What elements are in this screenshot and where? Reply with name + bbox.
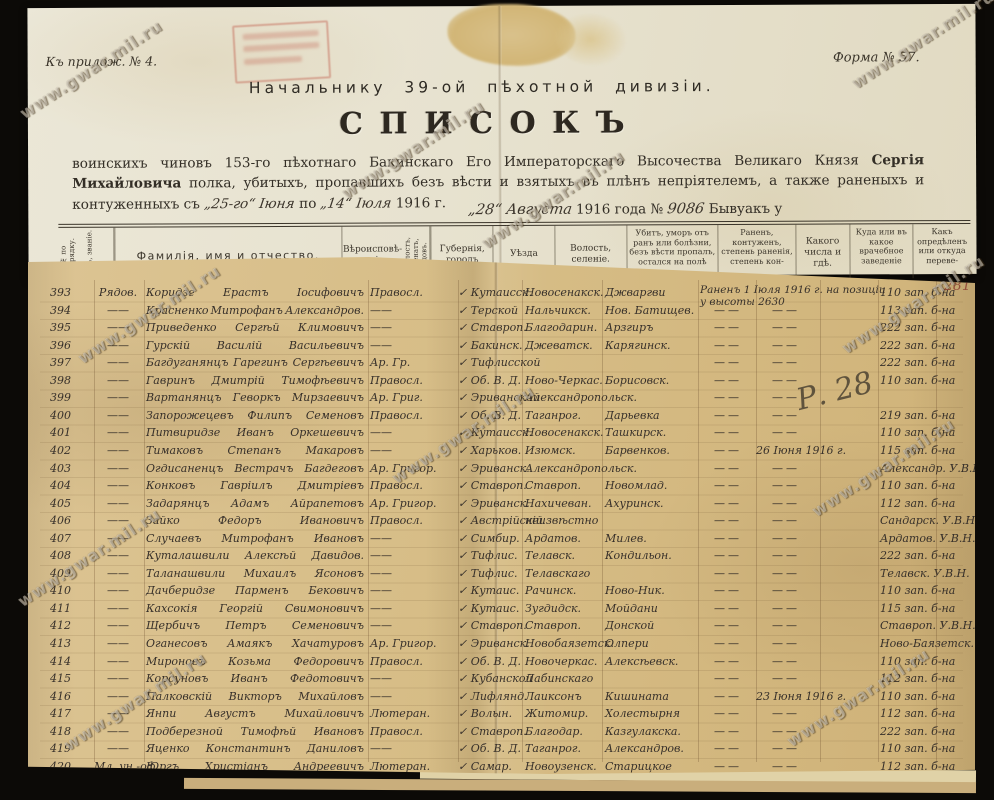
cell-name: ОганесовъАмаякъХачатуровъ: [146, 637, 364, 650]
name-part: Багдеговъ: [304, 462, 364, 475]
column-rule: [698, 280, 699, 762]
name-part: Константинъ: [206, 742, 291, 755]
cell-vol: Борисовск.: [605, 374, 669, 387]
name-part: Михайловичъ: [285, 707, 364, 720]
cell-rel: Ар. Гр.: [370, 356, 456, 369]
archival-scan: Къ прилож. № 4. Форма № 57. Начальнику 3…: [0, 0, 994, 800]
column-rule: [458, 280, 459, 762]
handwritten-from-day: „25-го“: [203, 194, 257, 215]
cell-k: ——: [702, 637, 754, 650]
paper-stain: [555, 13, 625, 65]
name-part: Васильевичъ: [289, 339, 364, 352]
name-part: Василій: [217, 339, 263, 352]
table-row: 417——ЯнпиАвгустъМихайловичъЛютеран.✓ Вол…: [28, 707, 975, 724]
table-row: 416——ПалковскійВикторъМихайловъ——✓ Лифля…: [28, 690, 975, 707]
cell-num: 402: [50, 444, 92, 457]
name-part: Таланашвили: [146, 567, 225, 580]
name-part: Дачберидзе: [146, 584, 215, 597]
cell-num: 405: [50, 497, 92, 510]
name-part: Ивановъ: [314, 725, 364, 738]
name-part: Хачатуровъ: [292, 637, 364, 650]
cell-rel: ——: [370, 339, 456, 352]
name-part: Гавринъ: [146, 374, 195, 387]
cell-rank: ——: [94, 497, 142, 510]
cell-num: 418: [50, 725, 92, 738]
cell-uyezd: Нальчикск.: [525, 304, 591, 317]
cell-k: ——: [702, 304, 754, 317]
column-rule: [368, 280, 369, 762]
name-part: Сергѣевичъ: [293, 356, 364, 369]
cell-rel: Правосл.: [370, 374, 456, 387]
name-part: Тимофѣй: [241, 725, 297, 738]
cell-prov: ✓ Об. В. Д.: [458, 374, 521, 387]
printed-place: Бывуакъ у: [709, 201, 783, 217]
cell-rank: ——: [94, 707, 142, 720]
cell-num: 400: [50, 409, 92, 422]
addressee-line: Начальнику 39-ой пѣхотной дивизіи.: [28, 76, 936, 98]
name-part: Геворкъ: [233, 391, 281, 404]
cell-k: ——: [702, 672, 754, 685]
cell-uyezd: Изюмск.: [525, 444, 576, 457]
cell-rank: ——: [94, 619, 142, 632]
cell-name: ЗадарянцъАдамъАйрапетовъ: [146, 497, 364, 510]
cell-rank: ——: [94, 514, 142, 527]
cell-uyezd: Новосенакск.: [525, 286, 604, 299]
date-line: „28“ Августа 1916 года № 9086 Бывуакъ у: [468, 201, 782, 218]
name-part: Федоровичъ: [293, 655, 364, 668]
handwritten-day: „28“: [467, 202, 503, 218]
cell-name: СлучаевъМитрофанъИвановъ: [146, 532, 364, 545]
name-part: Андреевичъ: [294, 760, 364, 773]
cell-k: ——: [702, 655, 754, 668]
column-header-12: Куда или въ какое врачебное заведеніе: [849, 224, 913, 278]
cell-vol: Дарьевка: [605, 409, 660, 422]
cell-prov: ✓ Кутаис.: [458, 602, 519, 615]
column-header-11: Какого числа и гдѣ.: [795, 224, 849, 278]
cell-rank: ——: [94, 391, 142, 404]
table-row: 409——ТаланашвилиМихаилъЯсоновъ——✓ Тифлис…: [28, 567, 975, 584]
cell-num: 407: [50, 532, 92, 545]
name-part: Адамъ: [231, 497, 269, 510]
table-row: 405——ЗадарянцъАдамъАйрапетовъАр. Григор.…: [28, 497, 975, 514]
cell-k: ——: [702, 479, 754, 492]
cell-prov: ✓ Терской: [458, 304, 518, 317]
table-row: 393Рядов.КоридзеЕрастъІосифовичъПравосл.…: [28, 286, 975, 303]
cell-uyezd: Телавск.: [525, 549, 575, 562]
name-part: Приведенко: [146, 321, 217, 334]
cell-num: 417: [50, 707, 92, 720]
cell-w: ——: [758, 567, 814, 580]
cell-rel: ——: [370, 619, 456, 632]
table-row: 395——ПриведенкоСергѣйКлимовичъ——✓ Ставро…: [28, 321, 975, 338]
cell-k: ——: [702, 549, 754, 562]
cell-rank: ——: [94, 567, 142, 580]
cell-rel: ——: [370, 584, 456, 597]
name-part: Зайко: [146, 514, 180, 527]
name-part: Кахсокія: [146, 602, 197, 615]
name-part: Вестрачъ: [234, 462, 293, 475]
name-part: Свимоновичъ: [285, 602, 364, 615]
cell-k: ——: [702, 619, 754, 632]
cell-num: 409: [50, 567, 92, 580]
cell-num: 413: [50, 637, 92, 650]
cell-name: ГавринъДмитрійТимофѣевичъ: [146, 374, 364, 387]
cell-prov: ✓ Ставроп.: [458, 619, 527, 632]
cell-k: ——: [702, 584, 754, 597]
cell-w: ——: [758, 584, 814, 597]
cell-rank: ——: [94, 637, 142, 650]
cell-num: 410: [50, 584, 92, 597]
lower-page: 281 Р. 28 Раненъ 1 Іюля 1916 г. на позиц…: [28, 256, 975, 774]
table-row: 402——ТимаковъСтепанъМакаровъ——✓ Харьков.…: [28, 444, 975, 461]
name-part: Петръ: [226, 619, 267, 632]
cell-rel: ——: [370, 321, 456, 334]
cell-w: ——: [758, 356, 814, 369]
cell-w: ——: [758, 742, 814, 755]
name-part: Палковскій: [146, 690, 212, 703]
cell-k: ——: [702, 725, 754, 738]
cell-num: 416: [50, 690, 92, 703]
cell-rank: ——: [94, 690, 142, 703]
handwritten-to-month: Іюля: [355, 193, 393, 214]
cell-prov: ✓ Самар.: [458, 760, 512, 773]
cell-num: 399: [50, 391, 92, 404]
name-part: Яценко: [146, 742, 190, 755]
table-row: 403——ОгдисаненцъВестрачъБагдеговъАр. Гри…: [28, 462, 975, 479]
cell-vol: Алексѣевск.: [605, 655, 678, 668]
form-number-label: Форма № 57.: [833, 50, 920, 65]
name-part: Бековичъ: [309, 584, 364, 597]
name-part: Запорожецевъ: [146, 409, 234, 422]
column-header-13: Какъ опредѣленъ или откуда переве-: [913, 224, 971, 278]
cell-name: КуталашвилиАлексѣйДавидов.: [146, 549, 364, 562]
cell-name: КонковъГавріилъДмитріевъ: [146, 479, 364, 492]
name-part: Вартанянцъ: [146, 391, 221, 404]
cell-w: ——: [758, 426, 814, 439]
cell-rel: Лютеран.: [370, 760, 456, 773]
cell-name: ТаланашвилиМихаилъЯсоновъ: [146, 567, 364, 580]
name-part: Сергѣй: [235, 321, 279, 334]
cell-w: ——: [758, 619, 814, 632]
cell-vol: Ново-Ник.: [605, 584, 665, 597]
cell-uyezd: Новочеркас.: [525, 655, 597, 668]
cell-rank: ——: [94, 602, 142, 615]
name-part: Даниловъ: [307, 742, 364, 755]
handwritten-from-month: Іюня: [258, 194, 296, 215]
name-part: Викторъ: [229, 690, 282, 703]
name-part: Мирзаевичъ: [292, 391, 364, 404]
handwritten-to-day: „14“: [319, 193, 353, 214]
cell-k: ——: [702, 742, 754, 755]
cell-w: ——: [758, 339, 814, 352]
name-part: Коридзе: [146, 286, 195, 299]
cell-vol: Нов. Батищев.: [605, 304, 694, 317]
cell-prov: ✓ Харьков.: [458, 444, 521, 457]
body-po: по: [299, 196, 316, 212]
cell-w: ——: [758, 532, 814, 545]
name-part: Филипъ: [247, 409, 292, 422]
cell-num: 404: [50, 479, 92, 492]
cell-prov: ✓ Ставроп.: [458, 321, 527, 334]
document-title: СПИСОКЪ: [28, 104, 936, 143]
column-rule: [144, 280, 145, 762]
cell-prov: ✓ Ставроп.: [458, 725, 527, 738]
cell-rank: ——: [94, 444, 142, 457]
name-part: Случаевъ: [146, 532, 201, 545]
cell-rel: ——: [370, 444, 456, 457]
cell-name: ПалковскійВикторъМихайловъ: [146, 690, 364, 703]
cell-name: ПодберезнойТимофѣйИвановъ: [146, 725, 364, 738]
cell-name: ЯценкоКонстантинъДаниловъ: [146, 742, 364, 755]
cell-vol: Кишината: [605, 690, 669, 703]
cell-rel: ——: [370, 690, 456, 703]
name-part: Федотовичъ: [290, 672, 364, 685]
name-part: Митрофанъ: [222, 532, 294, 545]
column-rule: [522, 280, 523, 762]
table-row: 410——ДачберидзеПарменъБековичъ——✓ Кутаис…: [28, 584, 975, 601]
cell-vol: Арзгиръ: [605, 321, 653, 334]
cell-vol: Карягинск.: [605, 339, 671, 352]
cell-name: ЩербичъПетръСеменовичъ: [146, 619, 364, 632]
table-row: 399——ВартанянцъГеворкъМирзаевичъАр. Григ…: [28, 391, 975, 408]
name-part: Щербичъ: [146, 619, 200, 632]
cell-prov: ✓ Об. В. Д.: [458, 742, 521, 755]
cell-uyezd: Александропольск.: [525, 391, 637, 404]
cell-rel: Ар. Григор.: [370, 497, 456, 510]
table-row: 419——ЯценкоКонстантинъДаниловъ——✓ Об. В.…: [28, 742, 975, 759]
name-part: Семеновичъ: [292, 619, 364, 632]
cell-rel: Правосл.: [370, 409, 456, 422]
red-stamp: [232, 20, 331, 83]
cell-w: ——: [758, 409, 814, 422]
table-row: 397——БагдуганянцъГарегинъСергѣевичъАр. Г…: [28, 356, 975, 373]
name-part: Федоръ: [218, 514, 262, 527]
cell-num: 396: [50, 339, 92, 352]
name-part: Янпи: [146, 707, 176, 720]
cell-num: 411: [50, 602, 92, 615]
name-part: Куталашвили: [146, 549, 229, 562]
name-part: Христіанъ: [205, 760, 268, 773]
name-part: Оганесовъ: [146, 637, 207, 650]
cell-num: 403: [50, 462, 92, 475]
cell-rank: ——: [94, 409, 142, 422]
cell-uyezd: Новоузенск.: [525, 760, 597, 773]
name-part: Давидов.: [312, 549, 364, 562]
cell-k: ——: [702, 532, 754, 545]
cell-vol: Джваргви: [605, 286, 666, 299]
name-part: Алексѣй: [245, 549, 296, 562]
cell-k: ——: [702, 760, 754, 773]
cell-uyezd: Новосенакск.: [525, 426, 604, 439]
cell-uyezd: Ставроп.: [525, 479, 581, 492]
table-row: 396——ГурскійВасилійВасильевичъ——✓ Бакинс…: [28, 339, 975, 356]
name-part: Парменъ: [235, 584, 288, 597]
cell-rank: ——: [94, 321, 142, 334]
name-part: Юргъ: [146, 760, 179, 773]
cell-rel: ——: [370, 567, 456, 580]
cell-rel: ——: [370, 304, 456, 317]
cell-rank: ——: [94, 532, 142, 545]
cell-w: ——: [758, 760, 814, 773]
cell-rank: ——: [94, 584, 142, 597]
cell-rank: Рядов.: [94, 286, 142, 299]
cell-w: ——: [758, 497, 814, 510]
cell-k: ——: [702, 497, 754, 510]
table-row: 418——ПодберезнойТимофѣйИвановъПравосл.✓ …: [28, 725, 975, 742]
cell-vol: Холестырня: [605, 707, 680, 720]
cell-rank: ——: [94, 655, 142, 668]
cell-k: ——: [702, 567, 754, 580]
cell-vol: Старицкое: [605, 760, 672, 773]
cell-prov: ✓ Об. В. Д.: [458, 655, 521, 668]
cell-k: ——: [702, 374, 754, 387]
cell-rel: ——: [370, 532, 456, 545]
name-part: Корсуновъ: [146, 672, 208, 685]
cell-k: ——: [702, 444, 754, 457]
body-pre: воинскихъ чиновъ 153-го пѣхотнаго Бакинс…: [72, 152, 859, 171]
cell-num: 395: [50, 321, 92, 334]
cell-name: ПитвиридзеИванъОркешевичъ: [146, 426, 364, 439]
cell-w: ——: [758, 462, 814, 475]
cell-rank: ——: [94, 742, 142, 755]
cell-w: ——: [758, 655, 814, 668]
name-part: Тимофѣевичъ: [281, 374, 364, 387]
name-part: Митрофанъ: [211, 304, 283, 317]
cell-uyezd: Телавскаго: [525, 567, 590, 580]
table-row: 414——МироновъКозьмаФедоровичъПравосл.✓ О…: [28, 655, 975, 672]
cell-name: ЮргъХристіанъАндреевичъ: [146, 760, 364, 773]
cell-prov: ✓ Лифлянд.: [458, 690, 528, 703]
cell-rank: ——: [94, 356, 142, 369]
cell-rel: ——: [370, 672, 456, 685]
name-part: Ясоновъ: [315, 567, 364, 580]
cell-rank: ——: [94, 374, 142, 387]
name-part: Багдуганянцъ: [146, 356, 228, 369]
name-part: Іосифовичъ: [297, 286, 364, 299]
name-part: Тимаковъ: [146, 444, 203, 457]
cell-prov: ✓ Кутаис.: [458, 584, 519, 597]
table-row: 413——ОганесовъАмаякъХачатуровъАр. Григор…: [28, 637, 975, 654]
cell-uyezd: Джеватск.: [525, 339, 593, 352]
cell-uyezd: Ново-Черкас.: [525, 374, 603, 387]
cell-k: ——: [702, 690, 754, 703]
cell-uyezd: Лаиксонъ: [525, 690, 582, 703]
cell-uyezd: Лабинскаго: [525, 672, 593, 685]
cell-rel: Ар. Григ.: [370, 391, 456, 404]
cell-vol: Ташкирск.: [605, 426, 666, 439]
handwritten-month: Августа: [505, 202, 573, 218]
cell-uyezd: Житомир.: [525, 707, 588, 720]
cell-vol: Кондильон.: [605, 549, 672, 562]
cell-num: 414: [50, 655, 92, 668]
cell-w: ——: [758, 321, 814, 334]
name-part: Макаровъ: [306, 444, 364, 457]
cell-vol: Донской: [605, 619, 654, 632]
cell-name: ЗайкоФедоръИвановичъ: [146, 514, 364, 527]
cell-name: ЯнпиАвгустъМихайловичъ: [146, 707, 364, 720]
cell-uyezd: Александропольск.: [525, 462, 637, 475]
cell-prov: ✓ Ставроп.: [458, 479, 527, 492]
cell-num: 397: [50, 356, 92, 369]
name-part: Ивановъ: [314, 532, 364, 545]
upper-page: Къ прилож. № 4. Форма № 57. Начальнику 3…: [27, 4, 976, 278]
column-rule: [878, 280, 879, 762]
cell-prov: ✓ Эриванск.: [458, 497, 530, 510]
cell-w: ——: [758, 304, 814, 317]
cell-name: КорсуновъИванъФедотовичъ: [146, 672, 364, 685]
cell-rank: ——: [94, 462, 142, 475]
cell-prov: ✓ Тифлис.: [458, 549, 518, 562]
cell-prov: ✓ Волын.: [458, 707, 512, 720]
cell-w: ——: [758, 514, 814, 527]
cell-k: ——: [702, 462, 754, 475]
cell-uyezd: Нахичеван.: [525, 497, 592, 510]
cell-vol: Олпери: [605, 637, 649, 650]
cell-k: ——: [702, 409, 754, 422]
cell-prov: ✓ Симбир.: [458, 532, 520, 545]
name-part: Гавріилъ: [220, 479, 272, 492]
name-part: Гарегинъ: [233, 356, 288, 369]
cell-w: ——: [758, 549, 814, 562]
cell-prov: ✓ Бакинск.: [458, 339, 522, 352]
cell-rel: ——: [370, 426, 456, 439]
cell-k: ——: [702, 514, 754, 527]
cell-w: ——: [758, 374, 814, 387]
cell-w: ——: [758, 479, 814, 492]
annex-label: Къ прилож. № 4.: [46, 54, 158, 69]
cell-rel: Правосл.: [370, 479, 456, 492]
cell-prov: ✓ Об. В. Д.: [458, 409, 521, 422]
table-row: 412——ЩербичъПетръСеменовичъ——✓ Ставроп.С…: [28, 619, 975, 636]
cell-rel: Правосл.: [370, 514, 456, 527]
cell-num: 420: [50, 760, 92, 773]
name-part: Августъ: [205, 707, 256, 720]
cell-rel: Правосл.: [370, 725, 456, 738]
cell-name: ТимаковъСтепанъМакаровъ: [146, 444, 364, 457]
cell-rank: ——: [94, 304, 142, 317]
cell-num: 412: [50, 619, 92, 632]
column-rule: [602, 280, 603, 762]
column-header-10: Раненъ, контуженъ, степень раненія, степ…: [717, 225, 795, 279]
name-part: Питвиридзе: [146, 426, 220, 439]
cell-rank: ——: [94, 339, 142, 352]
name-part: Дмитріевъ: [298, 479, 364, 492]
table-row: 415——КорсуновъИванъФедотовичъ——✓ Кубанск…: [28, 672, 975, 689]
cell-num: 394: [50, 304, 92, 317]
name-part: Михаилъ: [244, 567, 297, 580]
cell-uyezd: Благодарин.: [525, 321, 597, 334]
cell-uyezd: Новобаязетск.: [525, 637, 614, 650]
name-part: Красненко: [146, 304, 208, 317]
cell-rank: ——: [94, 672, 142, 685]
name-part: Оркешевичъ: [290, 426, 364, 439]
cell-uyezd: Благодар.: [525, 725, 583, 738]
name-part: Михайловъ: [298, 690, 364, 703]
cell-name: ОгдисаненцъВестрачъБагдеговъ: [146, 462, 364, 475]
table-row: 411——КахсокіяГеоргійСвимоновичъ——✓ Кутаи…: [28, 602, 975, 619]
cell-rel: Правосл.: [370, 286, 456, 299]
cell-vol: Казгулакска.: [605, 725, 681, 738]
cell-uyezd: неизвѣстно: [525, 514, 598, 527]
cell-num: 408: [50, 549, 92, 562]
cell-num: 406: [50, 514, 92, 527]
cell-vol: Милев.: [605, 532, 647, 545]
cell-uyezd: Зугдидск.: [525, 602, 581, 615]
printed-year: 1916 года №: [576, 201, 663, 217]
cell-rel: Ар. Григор.: [370, 462, 456, 475]
table-row: 407——СлучаевъМитрофанъИвановъ——✓ Симбир.…: [28, 532, 975, 549]
name-part: Георгій: [219, 602, 263, 615]
